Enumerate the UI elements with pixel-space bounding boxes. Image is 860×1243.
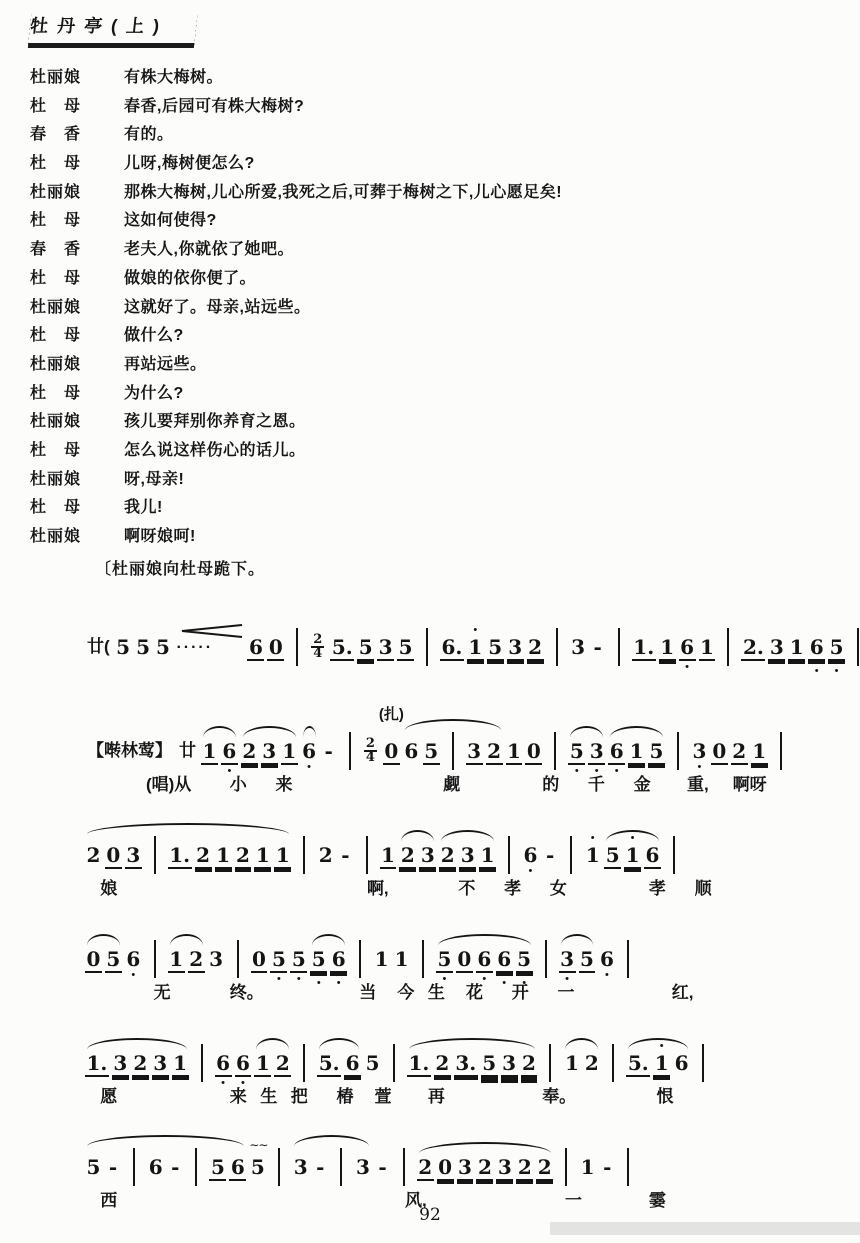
jianpu-note: 1 — [215, 843, 232, 867]
jianpu-note: 3 — [125, 843, 142, 867]
barline — [349, 732, 351, 770]
dialogue-text: 我儿! — [124, 494, 163, 517]
lyric-syllable: 的 — [542, 770, 559, 795]
jianpu-note: 3 — [354, 1155, 371, 1179]
dialogue-row: 春 香老夫人,你就依了她吧。 — [30, 236, 840, 265]
jianpu-note: 1 — [788, 635, 805, 659]
jianpu-note: 5• — [516, 947, 533, 971]
barline — [545, 940, 547, 978]
dialogue-row: 杜 母做娘的依你便了。 — [30, 265, 840, 294]
dialogue-row: 杜丽娘那株大梅树,儿心所爱,我死之后,可葬于梅树之下,儿心愿足矣! — [30, 179, 840, 208]
note-group: 6• — [301, 739, 318, 763]
slur-arc — [243, 726, 296, 739]
lyric-syllable: 萱 — [375, 1082, 392, 1107]
jianpu-note: 2 — [521, 1051, 538, 1075]
music-symbol: 廿( — [85, 635, 112, 659]
jianpu-note: 1 — [699, 635, 716, 659]
jianpu-note: 3 — [768, 635, 785, 659]
octave-dot-low: • — [815, 666, 819, 676]
jianpu-note: 5• — [828, 635, 845, 659]
jianpu-note: 1 — [506, 739, 523, 763]
jianpu-note: 5 — [115, 635, 132, 659]
slur-arc — [87, 823, 289, 836]
lyric-row: 无终。当今生花开一红, — [85, 978, 847, 1004]
slur-arc — [610, 726, 663, 739]
lyric-syllable: 恨 — [657, 1082, 674, 1107]
jianpu-note: 5 — [648, 739, 665, 763]
time-signature-digit: 4 — [311, 648, 324, 660]
dialogue-text: 呀,母亲! — [124, 466, 184, 489]
lyric-syllable: 娘 — [100, 874, 117, 899]
slur-arc — [303, 726, 316, 739]
jianpu-note: 0 — [251, 947, 268, 971]
barline — [556, 628, 558, 666]
jianpu-note: 3 — [292, 1155, 309, 1179]
jianpu-note: 3. — [454, 1051, 478, 1075]
jianpu-note: 6 — [673, 1051, 690, 1075]
slur-arc — [570, 726, 603, 739]
lyric-syllable: 顺 — [695, 874, 712, 899]
note-row: 2031.212112-1232316•-1•51•6 — [85, 836, 684, 867]
jianpu-note: 2 — [731, 739, 748, 763]
jianpu-note: 6. — [440, 635, 464, 659]
dialogue-text: 啊呀娘呵! — [124, 523, 196, 546]
jianpu-note: 6• — [301, 739, 318, 763]
barline — [570, 836, 572, 874]
jianpu-note: 6• — [522, 843, 539, 867]
jianpu-note: 6 — [229, 1155, 246, 1179]
note-group: 12 — [168, 947, 205, 971]
barline — [296, 628, 298, 666]
slur-arc — [294, 1135, 369, 1148]
dash-note: - — [374, 1155, 390, 1179]
lyric-syllable: 啊呀 — [733, 770, 767, 795]
jianpu-note: 3 — [377, 635, 394, 659]
jianpu-note: 6• — [598, 947, 615, 971]
note-row: 【啭林莺】廿16•2316•-240(扎)6532105•3•6•153•021 — [85, 732, 791, 763]
barline — [618, 628, 620, 666]
dialogue-row: 杜丽娘呀,母亲! — [30, 466, 840, 495]
jianpu-note: 2 — [516, 1155, 533, 1179]
jianpu-note: 1• — [653, 1051, 670, 1075]
jianpu-note: 1 — [628, 739, 645, 763]
lyric-syllable: 啊, — [367, 874, 389, 899]
jianpu-note: 3 — [459, 843, 476, 867]
jianpu-note: 3 — [501, 1051, 518, 1075]
jianpu-note: 1 — [172, 1051, 189, 1075]
barline — [403, 1148, 405, 1186]
note-row: 056•12305•5•5•6•115•06•6•5•3•56• — [85, 940, 638, 971]
lyric-syllable: 椿 — [336, 1082, 353, 1107]
jianpu-note: 2 — [476, 1155, 493, 1179]
slur-arc — [401, 830, 434, 843]
jianpu-note: 1 — [659, 635, 676, 659]
barline — [366, 836, 368, 874]
jianpu-note: 6• — [608, 739, 625, 763]
barline — [133, 1148, 135, 1186]
barline — [393, 1044, 395, 1082]
jianpu-note: 3 — [496, 1155, 513, 1179]
jianpu-note: 3 — [152, 1051, 169, 1075]
lyric-syllable: 小 — [230, 770, 247, 795]
note-group: 1.3231 — [85, 1051, 189, 1075]
speaker-name: 杜 母 — [30, 150, 94, 173]
speaker-name: 杜丽娘 — [30, 294, 94, 317]
note-group: 5.6 — [317, 1051, 361, 1075]
jianpu-note: 3 — [208, 947, 225, 971]
dialogue-text: 做娘的依你便了。 — [124, 265, 256, 288]
speaker-name: 杜丽娘 — [30, 351, 94, 374]
speaker-name: 杜 母 — [30, 265, 94, 288]
note-group: 5•6• — [310, 947, 347, 971]
music-section: 廿(555·····60245.5356.1•5323-1.16•12.316•… — [85, 598, 847, 1222]
barline — [549, 1044, 551, 1082]
jianpu-note: 5• — [568, 739, 585, 763]
jianpu-note: 0 — [85, 947, 102, 971]
jianpu-note: 1 — [254, 843, 271, 867]
jianpu-note: 5. — [317, 1051, 341, 1075]
lyric-syllable: 花 — [466, 978, 483, 1003]
slur-arc — [405, 719, 501, 732]
dialogue-row: 杜 母春香,后园可有株大梅树? — [30, 93, 840, 122]
barline — [422, 940, 424, 978]
jianpu-note: 2 — [195, 843, 212, 867]
note-group: 12 — [254, 1051, 291, 1075]
note-group: 6532 — [403, 732, 503, 763]
dialogue-text: 那株大梅树,儿心所爱,我死之后,可葬于梅树之下,儿心愿足矣! — [124, 179, 562, 202]
trill-icon: ∼∼ — [249, 1140, 266, 1150]
jianpu-note: 2 — [527, 635, 544, 659]
score-page: 牡丹亭(上) 杜丽娘有株大梅树。杜 母春香,后园可有株大梅树?春 香有的。杜 母… — [0, 0, 860, 1243]
jianpu-note: 5. — [330, 635, 354, 659]
barline — [426, 628, 428, 666]
lyric-syllable: 生 — [428, 978, 445, 1003]
jianpu-note: 3 — [570, 635, 587, 659]
music-symbol: 廿 — [177, 739, 198, 763]
lyric-syllable: 生 — [260, 1082, 277, 1107]
dialogue-row: 杜 母这如何使得? — [30, 207, 840, 236]
barline — [303, 1044, 305, 1082]
barline — [195, 1148, 197, 1186]
jianpu-note: 3 — [112, 1051, 129, 1075]
dialogue-text: 有的。 — [124, 121, 174, 144]
dialogue-row: 杜丽娘啊呀娘呵! — [30, 523, 840, 552]
barline — [554, 732, 556, 770]
jianpu-note: 1 — [579, 1155, 596, 1179]
note-group: 3-3 — [292, 1148, 371, 1179]
music-system: 廿(555·····60245.5356.1•5323-1.16•12.316•… — [85, 598, 847, 702]
note-group: 231 — [241, 739, 298, 763]
dialogue-text: 再站远些。 — [124, 351, 207, 374]
dialogue-text: 孩儿要拜别你养育之恩。 — [124, 408, 306, 431]
dialogue-text: 老夫人,你就依了她吧。 — [124, 236, 294, 259]
jianpu-note: 1• — [467, 635, 484, 659]
jianpu-note: 5 — [105, 947, 122, 971]
dialogue-section: 杜丽娘有株大梅树。杜 母春香,后园可有株大梅树?春 香有的。杜 母儿呀,梅树便怎… — [30, 64, 840, 552]
jianpu-note: 6• — [476, 947, 493, 971]
jianpu-note: 6• — [125, 947, 142, 971]
note-group: 12 — [563, 1051, 600, 1075]
percussion-label: (扎) — [379, 703, 404, 724]
jianpu-note: 0(扎) — [383, 739, 400, 763]
jianpu-note: 3• — [588, 739, 605, 763]
jianpu-note: 1 — [168, 947, 185, 971]
dash-note: - — [542, 843, 558, 867]
music-symbol: 【啭林莺】 — [85, 739, 174, 763]
jianpu-note: 5 — [364, 1051, 381, 1075]
note-group: 5-6-56 — [85, 1148, 246, 1179]
jianpu-note: 6 — [247, 635, 264, 659]
jianpu-note: 1 — [254, 1051, 271, 1075]
jianpu-note: 3 — [466, 739, 483, 763]
note-group: 3•5 — [559, 947, 596, 971]
lyric-syllable: 开 — [512, 978, 529, 1003]
dialogue-row: 杜 母为什么? — [30, 380, 840, 409]
jianpu-note: 1 — [563, 1051, 580, 1075]
lyric-syllable: 一 — [557, 978, 574, 1003]
barline — [508, 836, 510, 874]
dash-note: - — [589, 635, 605, 659]
barline — [278, 1148, 280, 1186]
jianpu-note: 1 — [201, 739, 218, 763]
barline — [780, 732, 782, 770]
lyric-syllable: 当 — [359, 978, 376, 1003]
lyric-syllable: 再 — [428, 1082, 445, 1107]
note-group: 51•6 — [604, 843, 661, 867]
lyric-syllable: 奉。 — [542, 1082, 576, 1107]
dialogue-row: 春 香有的。 — [30, 121, 840, 150]
jianpu-note: 2 — [188, 947, 205, 971]
jianpu-note: 3 — [419, 843, 436, 867]
octave-dot-low: • — [685, 662, 689, 672]
jianpu-note: 5 — [357, 635, 374, 659]
jianpu-note: 5 — [209, 1155, 226, 1179]
jianpu-note: 6 — [644, 843, 661, 867]
jianpu-note: 5 — [135, 635, 152, 659]
lyric-syllable: 不 — [458, 874, 475, 899]
slur-arc — [561, 934, 594, 947]
octave-dot-high: • — [473, 625, 477, 635]
octave-dot-high: • — [591, 833, 595, 843]
speaker-name: 杜丽娘 — [30, 64, 94, 87]
jianpu-note: 0 — [525, 739, 542, 763]
note-group: 6•15 — [608, 739, 665, 763]
barline — [727, 628, 729, 666]
speaker-name: 杜丽娘 — [30, 179, 94, 202]
lyric-syllable: 愿 — [100, 1082, 117, 1107]
note-group: 231 — [439, 843, 496, 867]
dialogue-row: 杜丽娘孩儿要拜别你养育之恩。 — [30, 408, 840, 437]
jianpu-note: 6• — [221, 739, 238, 763]
note-row: 5-6-565∼∼3-3-20323221- — [85, 1148, 638, 1179]
jianpu-note: 0 — [711, 739, 728, 763]
dash-note: - — [105, 1155, 121, 1179]
dialogue-text: 有株大梅树。 — [124, 64, 223, 87]
jianpu-note: 2 — [241, 739, 258, 763]
speaker-name: 杜 母 — [30, 207, 94, 230]
barline — [627, 940, 629, 978]
barline — [340, 1148, 342, 1186]
dialogue-row: 杜丽娘再站远些。 — [30, 351, 840, 380]
lyric-syllable: 今 — [397, 978, 414, 1003]
dialogue-text: 为什么? — [124, 380, 184, 403]
speaker-name: 杜丽娘 — [30, 523, 94, 546]
music-system: 2031.212112-1232316•-1•51•6娘啊,不孝女孝顺 — [85, 806, 847, 910]
lyric-syllable: 终。 — [230, 978, 264, 1003]
jianpu-note: 6 — [403, 739, 420, 763]
jianpu-note: 6• — [679, 635, 696, 659]
dialogue-row: 杜 母做什么? — [30, 322, 840, 351]
lyric-syllable: 觑 — [443, 770, 460, 795]
music-system: 1.32316•6•125.651.23.532125.1•6愿来生把椿萱再奉。… — [85, 1014, 847, 1118]
speaker-name: 杜 母 — [30, 494, 94, 517]
jianpu-note: 5 — [579, 947, 596, 971]
music-system: 【啭林莺】廿16•2316•-240(扎)6532105•3•6•153•021… — [85, 702, 847, 806]
slur-arc — [419, 1142, 551, 1155]
jianpu-note: 2 — [486, 739, 503, 763]
barline — [303, 836, 305, 874]
jianpu-note: 1. — [85, 1051, 109, 1075]
note-group: 16• — [201, 739, 238, 763]
barline — [154, 940, 156, 978]
slur-arc — [256, 1038, 289, 1051]
barline — [677, 732, 679, 770]
music-system: 056•12305•5•5•6•115•06•6•5•3•56•无终。当今生花开… — [85, 910, 847, 1014]
lyric-syllable: 金 — [634, 770, 651, 795]
jianpu-note: 2 — [235, 843, 252, 867]
speaker-name: 春 香 — [30, 121, 94, 144]
page-title: 牡丹亭(上) — [28, 12, 197, 43]
barline — [702, 1044, 704, 1082]
jianpu-note: 5 — [85, 1155, 102, 1179]
jianpu-note: 5 — [487, 635, 504, 659]
jianpu-note: 5• — [436, 947, 453, 971]
jianpu-note: 3 — [261, 739, 278, 763]
time-signature-digit: 4 — [364, 752, 377, 764]
jianpu-note: 5 — [397, 635, 414, 659]
note-group: 1.23.532 — [407, 1051, 537, 1075]
slur-arc — [87, 934, 120, 947]
speaker-name: 杜 母 — [30, 93, 94, 116]
jianpu-note: 5 — [481, 1051, 498, 1075]
jianpu-note: 2 — [85, 843, 102, 867]
dialogue-row: 杜丽娘这就好了。母亲,站远些。 — [30, 294, 840, 323]
barline — [612, 1044, 614, 1082]
barline — [452, 732, 454, 770]
time-signature: 24 — [311, 634, 324, 660]
time-signature: 24 — [364, 738, 377, 764]
jianpu-note: 1 — [373, 947, 390, 971]
note-group: 5•06•6•5• — [436, 947, 533, 971]
octave-dot-low: • — [835, 666, 839, 676]
barline — [857, 628, 859, 666]
jianpu-note: 5∼∼ — [249, 1155, 266, 1179]
barline — [565, 1148, 567, 1186]
jianpu-note: 2 — [439, 843, 456, 867]
page-header: 牡丹亭(上) — [30, 12, 196, 43]
slur-arc — [203, 726, 236, 739]
jianpu-note: 5 — [155, 635, 172, 659]
jianpu-note: 3 — [457, 1155, 474, 1179]
jianpu-note: 2. — [741, 635, 765, 659]
jianpu-note: 1. — [168, 843, 192, 867]
jianpu-note: 2 — [132, 1051, 149, 1075]
dialogue-row: 杜丽娘有株大梅树。 — [30, 64, 840, 93]
barline — [201, 1044, 203, 1082]
jianpu-note: 1 — [479, 843, 496, 867]
jianpu-note: 6• — [215, 1051, 232, 1075]
dialogue-row: 杜 母怎么说这样伤心的话儿。 — [30, 437, 840, 466]
jianpu-note: 1 — [393, 947, 410, 971]
slur-arc — [312, 934, 345, 947]
lyric-syllable: 千 — [588, 770, 605, 795]
note-row: 廿(555·····60245.5356.1•5323-1.16•12.316•… — [85, 628, 860, 659]
speaker-name: 杜 母 — [30, 437, 94, 460]
dash-note: - — [599, 1155, 615, 1179]
jianpu-note: 1 — [380, 843, 397, 867]
jianpu-note: 2 — [583, 1051, 600, 1075]
jianpu-note: 6• — [496, 947, 513, 971]
dialogue-row: 杜 母儿呀,梅树便怎么? — [30, 150, 840, 179]
dash-note: - — [312, 1155, 328, 1179]
speaker-name: 杜 母 — [30, 380, 94, 403]
jianpu-note: 6 — [147, 1155, 164, 1179]
lyric-syllable: (唱)从 — [146, 770, 191, 795]
octave-dot-high: • — [660, 1041, 664, 1051]
lyric-syllable: 来 — [230, 1082, 247, 1107]
jianpu-note: 5 — [604, 843, 621, 867]
dialogue-text: 做什么? — [124, 322, 184, 345]
slur-arc — [565, 1038, 598, 1051]
jianpu-note: 5• — [290, 947, 307, 971]
lyric-syllable: 把 — [291, 1082, 308, 1107]
lyric-syllable: 无 — [154, 978, 171, 1003]
lyric-syllable: 孝 — [649, 874, 666, 899]
jianpu-note: 3• — [559, 947, 576, 971]
jianpu-note: 1 — [281, 739, 298, 763]
jianpu-note: 1 — [751, 739, 768, 763]
jianpu-note: 5. — [626, 1051, 650, 1075]
barline — [154, 836, 156, 874]
jianpu-note: 3 — [507, 635, 524, 659]
speaker-name: 春 香 — [30, 236, 94, 259]
jianpu-note: 6• — [808, 635, 825, 659]
note-group: 23 — [399, 843, 436, 867]
dash-note: - — [321, 739, 337, 763]
jianpu-note: 2 — [417, 1155, 434, 1179]
dialogue-text: 这就好了。母亲,站远些。 — [124, 294, 310, 317]
lyric-row: 愿来生把椿萱再奉。恨 — [85, 1082, 847, 1108]
note-group: 05 — [85, 947, 122, 971]
jianpu-note: 6• — [235, 1051, 252, 1075]
dialogue-text: 这如何使得? — [124, 207, 217, 230]
jianpu-note: 1• — [584, 843, 601, 867]
dialogue-text: 春香,后园可有株大梅树? — [124, 93, 304, 116]
dialogue-text: 怎么说这样伤心的话儿。 — [124, 437, 306, 460]
jianpu-note: 6• — [330, 947, 347, 971]
jianpu-note: 0 — [437, 1155, 454, 1179]
dash-note: - — [337, 843, 353, 867]
dash-note: - — [167, 1155, 183, 1179]
speaker-name: 杜 母 — [30, 322, 94, 345]
lyric-syllable: 女 — [550, 874, 567, 899]
note-row: 1.32316•6•125.651.23.532125.1•6 — [85, 1044, 713, 1075]
jianpu-note: 1 — [274, 843, 291, 867]
slur-arc — [319, 1038, 359, 1051]
slur-arc — [170, 934, 203, 947]
slur-arc — [441, 830, 494, 843]
speaker-name: 杜丽娘 — [30, 466, 94, 489]
